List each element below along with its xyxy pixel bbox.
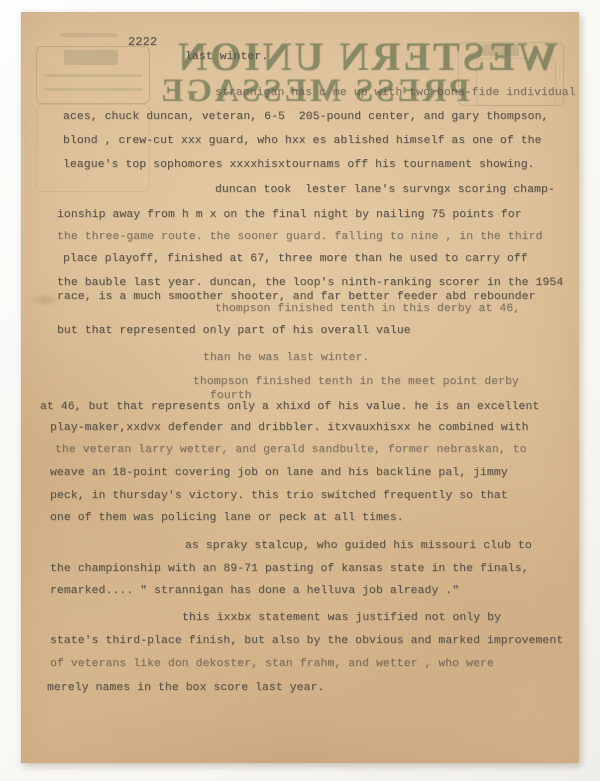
- typed-line: but that represented only part of his ov…: [57, 325, 411, 338]
- typed-line: the veteran larry wetter, and gerald san…: [55, 444, 527, 457]
- form-fineprint-row2: [44, 88, 142, 91]
- typed-line: at 46, but that represents only a xhixd …: [40, 401, 539, 414]
- typed-line: last winter.: [185, 51, 268, 64]
- typed-line: aces, chuck duncan, veteran, 6-5 205-pou…: [63, 111, 548, 124]
- typed-line: as spraky stalcup, who guided his missou…: [185, 540, 532, 553]
- typed-line: the three-game route. the sooner guard. …: [57, 231, 542, 244]
- ink-smudge: [30, 293, 60, 307]
- page-number: 2222: [128, 36, 157, 50]
- typed-line: weave an 18-point covering job on lane a…: [50, 467, 508, 480]
- typed-line: remarked.... " strannigan has done a hel…: [50, 585, 459, 598]
- typed-line: play-maker,xxdvx defender and dribbler. …: [50, 422, 529, 435]
- paper: WESTERN UNION PRESS MESSAGE 2222 last wi…: [21, 12, 579, 763]
- typed-line: than he was last winter.: [203, 352, 369, 365]
- typed-line: blond , crew-cut xxx guard, who hxx es a…: [63, 135, 542, 148]
- typed-line: thompson finished tenth in this derby at…: [215, 303, 520, 316]
- form-label-left: [64, 50, 118, 65]
- typed-line: place playoff, finished at 67, three mor…: [63, 253, 528, 266]
- typed-line: league's top sophomores xxxxhisxtournams…: [63, 159, 535, 172]
- form-fineprint-row1: [44, 74, 142, 77]
- typed-line: the bauble last year. duncan, the loop's…: [57, 277, 563, 290]
- typed-line: state's third-place finish, but also by …: [50, 635, 563, 648]
- form-label-right: [483, 44, 519, 56]
- form-fineprint-top: [60, 33, 118, 37]
- typed-line: one of them was policing lane or peck at…: [50, 512, 404, 525]
- typed-line: strannigan has c me up with two bona-fid…: [215, 87, 576, 100]
- typed-line: thompson finished tenth in the meet poin…: [193, 376, 519, 389]
- typed-line: of veterans like don dekoster, stan frah…: [50, 658, 494, 671]
- typed-line: merely names in the box score last year.: [47, 682, 324, 695]
- typed-line: duncan took lester lane's survngx scorin…: [215, 184, 555, 197]
- typed-line: the championship with an 89-71 pasting o…: [50, 563, 529, 576]
- typed-line: peck, in thursday's victory. this trio s…: [50, 490, 508, 503]
- typed-line: ionship away from h m x on the final nig…: [57, 209, 522, 222]
- typed-line: this ixxbx statement was justified not o…: [182, 612, 501, 625]
